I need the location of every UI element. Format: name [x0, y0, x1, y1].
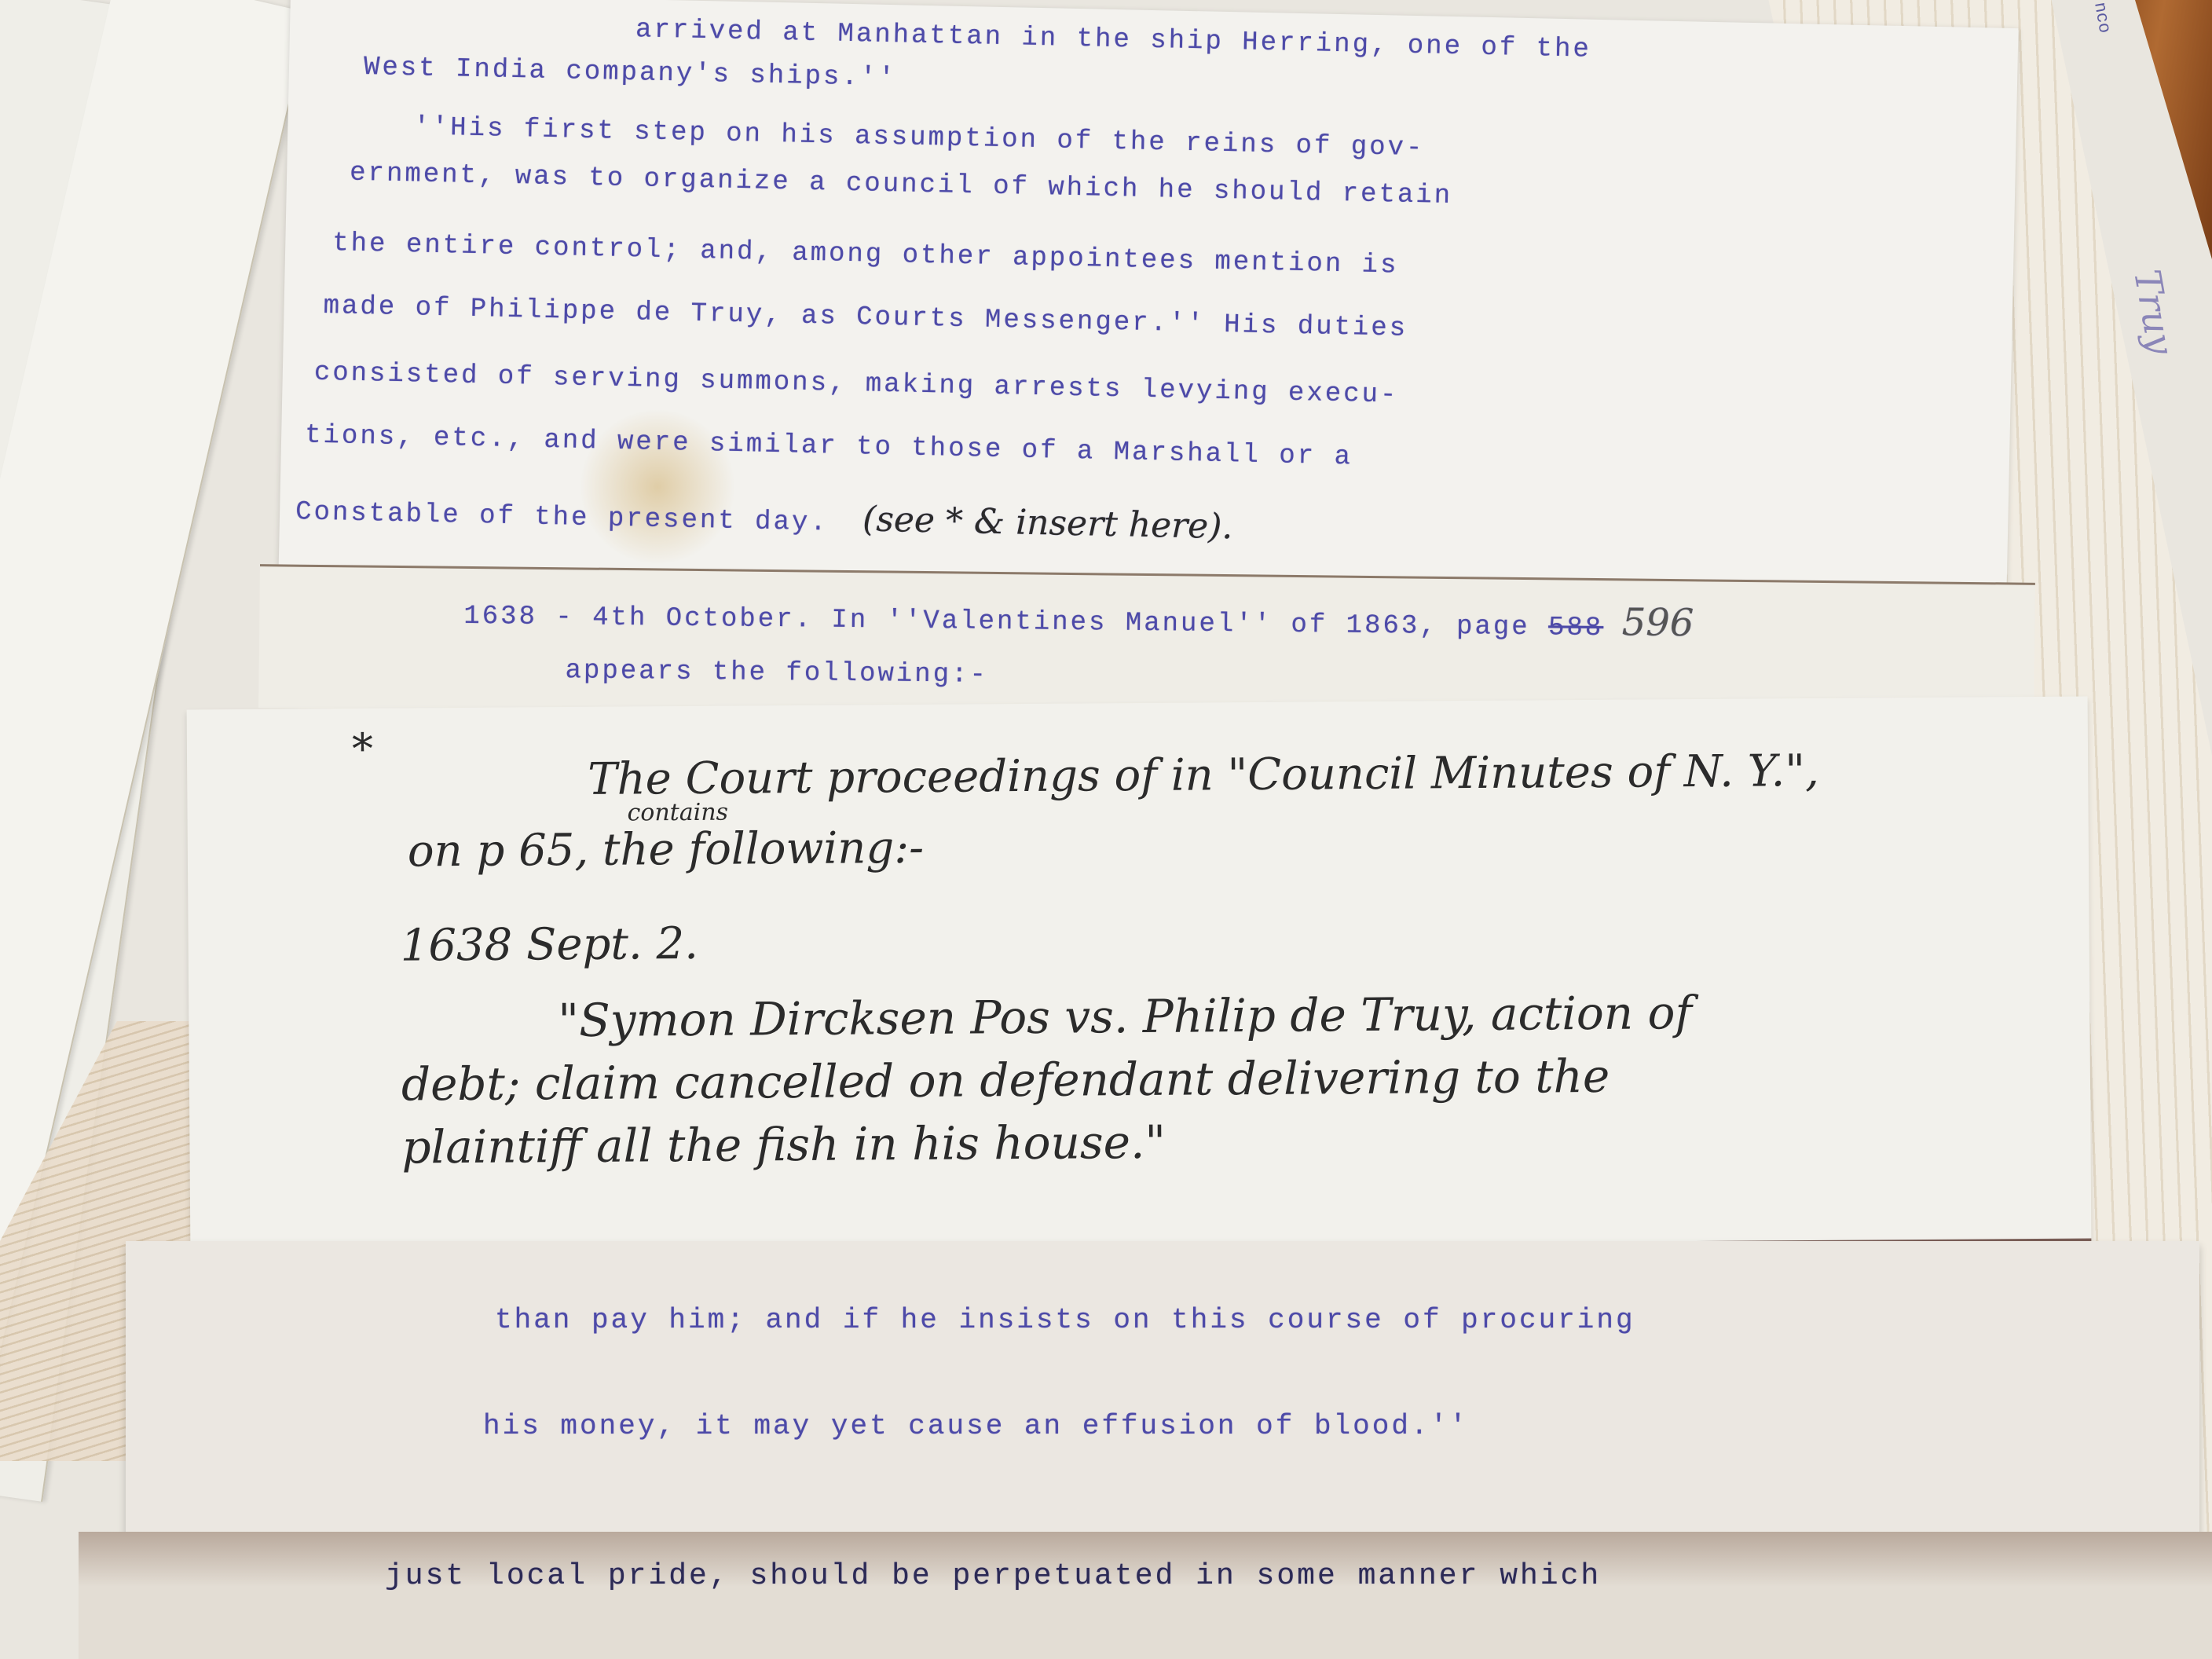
- typed-line: his money, it may yet cause an effusion …: [483, 1410, 1469, 1442]
- insert-marker: *: [352, 724, 373, 774]
- typed-line: arrived at Manhattan in the ship Herring…: [635, 15, 1592, 64]
- margin-note-top: nco: [2089, 1, 2114, 35]
- typed-line-text: Constable of the present day.: [295, 497, 829, 538]
- typed-line: 1638 - 4th October. In ''Valentines Manu…: [463, 588, 1694, 645]
- typed-line: than pay him; and if he insists on this …: [495, 1304, 1635, 1336]
- typed-line: made of Philippe de Truy, as Courts Mess…: [323, 291, 1408, 344]
- typed-line-text: made of Philippe de Truy, as Courts Mess…: [323, 291, 1408, 344]
- typed-line-text: 1638 - 4th October. In ''Valentines Manu…: [463, 602, 1530, 643]
- handwritten-insert-slip: * The Court proceedings of in "Council M…: [187, 697, 2092, 1255]
- typed-page-top: arrived at Manhattan in the ship Herring…: [277, 0, 2018, 649]
- handwritten-line: "Symon Dircksen Pos vs. Philip de Truy, …: [558, 986, 1692, 1047]
- typed-page-lower: than pay him; and if he insists on this …: [126, 1241, 2199, 1534]
- typed-line: just local pride, should be perpetuated …: [385, 1559, 1601, 1593]
- document-photo: Truy nco arrived at Manhattan in the shi…: [0, 0, 2212, 1659]
- handwritten-line: plaintiff all the fish in his house.": [401, 1115, 1166, 1174]
- struck-page-number: 588: [1548, 613, 1604, 643]
- typed-line: the entire control; and, among other app…: [332, 229, 1399, 280]
- handwritten-line: on p 65, the following:-: [408, 822, 925, 877]
- typed-line: ''His first step on his assumption of th…: [413, 112, 1425, 163]
- corrected-page-number: 596: [1621, 600, 1694, 645]
- typed-line: Constable of the present day. (see * & i…: [295, 487, 1233, 547]
- handwritten-line: debt; claim cancelled on defendant deliv…: [401, 1049, 1610, 1111]
- margin-note-right: Truy: [2126, 266, 2182, 357]
- handwritten-date: 1638 Sept. 2.: [400, 918, 698, 972]
- typed-line: ernment, was to organize a council of wh…: [350, 159, 1453, 211]
- caret-insertion: contains: [627, 799, 728, 827]
- typed-line: tions, etc., and were similar to those o…: [305, 421, 1353, 473]
- typed-line: consisted of serving summons, making arr…: [313, 358, 1398, 411]
- typed-page-bottom: just local pride, should be perpetuated …: [79, 1532, 2212, 1659]
- handwritten-line: The Court proceedings of in "Council Min…: [588, 745, 1819, 805]
- wooden-table: [2102, 0, 2212, 259]
- handwritten-annotation: (see * & insert here).: [862, 499, 1233, 547]
- typed-line: West India company's ships.'': [364, 53, 897, 93]
- typed-line: appears the following:-: [565, 656, 988, 690]
